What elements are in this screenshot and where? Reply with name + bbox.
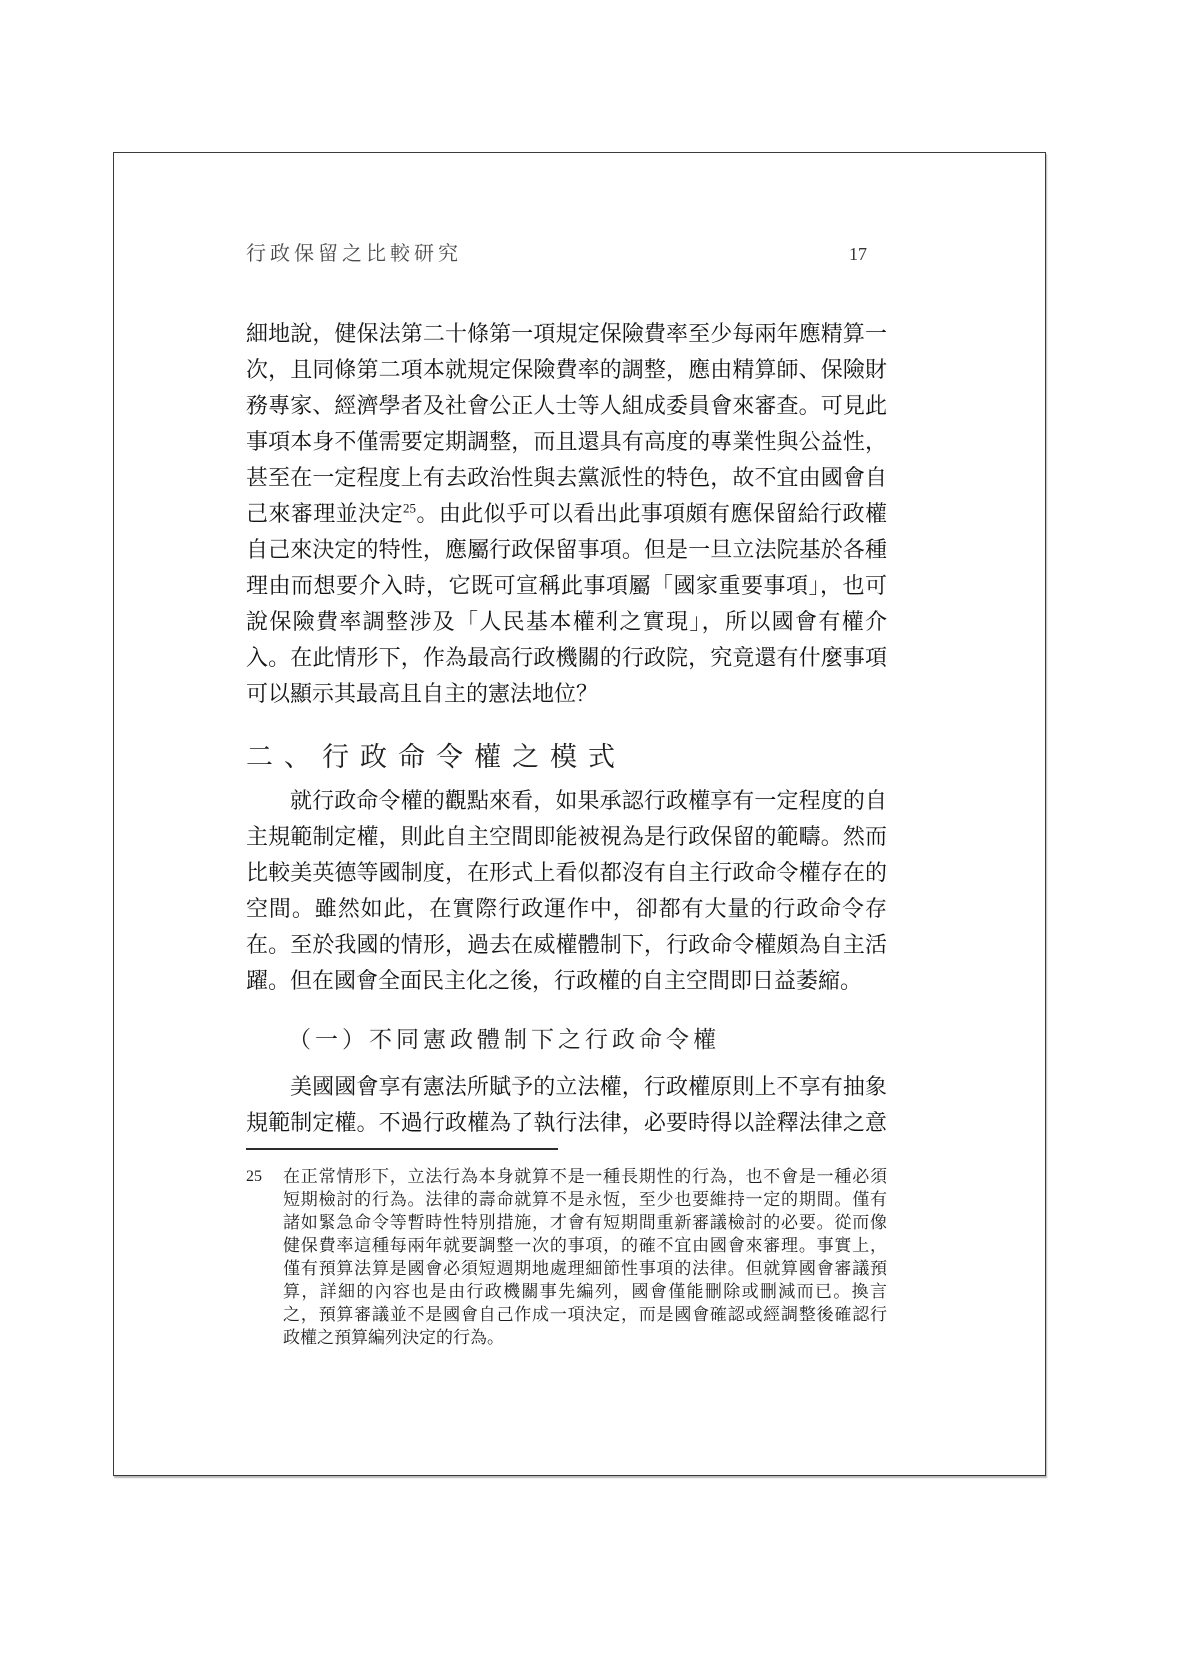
footnote-marker: 25 xyxy=(246,1165,262,1188)
footnote-line: 在正常情形下，立法行為本身就算不是一種長期性的行為，也不會是一種必須 xyxy=(283,1165,887,1188)
body-text: 。由此似乎可以看出此事項頗有應保留給行政權 xyxy=(416,501,887,526)
body-line: 規範制定權。不過行政權為了執行法律，必要時得以詮釋法律之意 xyxy=(246,1105,887,1141)
footnote-line: 政權之預算編列決定的行為。 xyxy=(283,1326,887,1349)
scanned-page: 行政保留之比較研究 17 細地說，健保法第二十條第一項規定保險費率至少每兩年應精… xyxy=(113,152,1046,1476)
page-number: 17 xyxy=(849,244,867,265)
body-text: 己來審理並決定 xyxy=(246,501,403,526)
body-line: 比較美英德等國制度，在形式上看似都沒有自主行政命令權存在的 xyxy=(246,855,887,891)
section-heading: 二、行政命令權之模式 xyxy=(246,735,887,774)
footnote-line: 僅有預算法算是國會必須短週期地處理細節性事項的法律。但就算國會審議預 xyxy=(283,1257,887,1280)
body-line: 在。至於我國的情形，過去在威權體制下，行政命令權頗為自主活 xyxy=(246,927,887,963)
footnote-ref-25: 25 xyxy=(403,501,416,516)
footnote-line: 短期檢討的行為。法律的壽命就算不是永恆，至少也要維持一定的期間。僅有 xyxy=(283,1188,887,1211)
body-line: 理由而想要介入時，它既可宣稱此事項屬「國家重要事項」，也可 xyxy=(246,568,887,604)
body-line: 躍。但在國會全面民主化之後，行政權的自主空間即日益萎縮。 xyxy=(246,963,887,999)
body-line: 甚至在一定程度上有去政治性與去黨派性的特色，故不宜由國會自 xyxy=(246,460,887,496)
paragraph-2: 就行政命令權的觀點來看，如果承認行政權享有一定程度的自 主規範制定權，則此自主空… xyxy=(246,783,887,999)
body-line: 就行政命令權的觀點來看，如果承認行政權享有一定程度的自 xyxy=(246,783,887,819)
body-line: 細地說，健保法第二十條第一項規定保險費率至少每兩年應精算一 xyxy=(246,316,887,352)
body-line: 可以顯示其最高且自主的憲法地位？ xyxy=(246,676,887,712)
body-line: 事項本身不僅需要定期調整，而且還具有高度的專業性與公益性， xyxy=(246,424,887,460)
body-line: 空間。雖然如此，在實際行政運作中，卻都有大量的行政命令存 xyxy=(246,891,887,927)
body-line: 務專家、經濟學者及社會公正人士等人組成委員會來審查。可見此 xyxy=(246,388,887,424)
body-line: 主規範制定權，則此自主空間即能被視為是行政保留的範疇。然而 xyxy=(246,819,887,855)
body-line-with-footnote-ref: 己來審理並決定25。由此似乎可以看出此事項頗有應保留給行政權 xyxy=(246,496,887,532)
subsection-heading: （一）不同憲政體制下之行政命令權 xyxy=(246,1021,929,1054)
footnote-line: 諸如緊急命令等暫時性特別措施，才會有短期間重新審議檢討的必要。從而像 xyxy=(283,1211,887,1234)
body-line: 美國國會享有憲法所賦予的立法權，行政權原則上不享有抽象 xyxy=(246,1069,887,1105)
footnote-25: 25 在正常情形下，立法行為本身就算不是一種長期性的行為，也不會是一種必須 短期… xyxy=(246,1165,887,1349)
body-line: 自己來決定的特性，應屬行政保留事項。但是一旦立法院基於各種 xyxy=(246,532,887,568)
paragraph-1: 細地說，健保法第二十條第一項規定保險費率至少每兩年應精算一 次，且同條第二項本就… xyxy=(246,316,887,712)
footnote-separator-rule xyxy=(246,1148,558,1150)
page-header: 行政保留之比較研究 17 xyxy=(246,237,887,266)
running-title: 行政保留之比較研究 xyxy=(246,237,462,266)
paragraph-3: 美國國會享有憲法所賦予的立法權，行政權原則上不享有抽象 規範制定權。不過行政權為… xyxy=(246,1069,887,1141)
footnote-line: 之，預算審議並不是國會自己作成一項決定，而是國會確認或經調整後確認行 xyxy=(283,1303,887,1326)
body-line: 說保險費率調整涉及「人民基本權利之實現」，所以國會有權介 xyxy=(246,604,887,640)
body-line: 入。在此情形下，作為最高行政機關的行政院，究竟還有什麼事項 xyxy=(246,640,887,676)
footnote-line: 算，詳細的內容也是由行政機關事先編列，國會僅能刪除或刪減而已。換言 xyxy=(283,1280,887,1303)
body-line: 次，且同條第二項本就規定保險費率的調整，應由精算師、保險財 xyxy=(246,352,887,388)
footnote-line: 健保費率這種每兩年就要調整一次的事項，的確不宜由國會來審理。事實上， xyxy=(283,1234,887,1257)
